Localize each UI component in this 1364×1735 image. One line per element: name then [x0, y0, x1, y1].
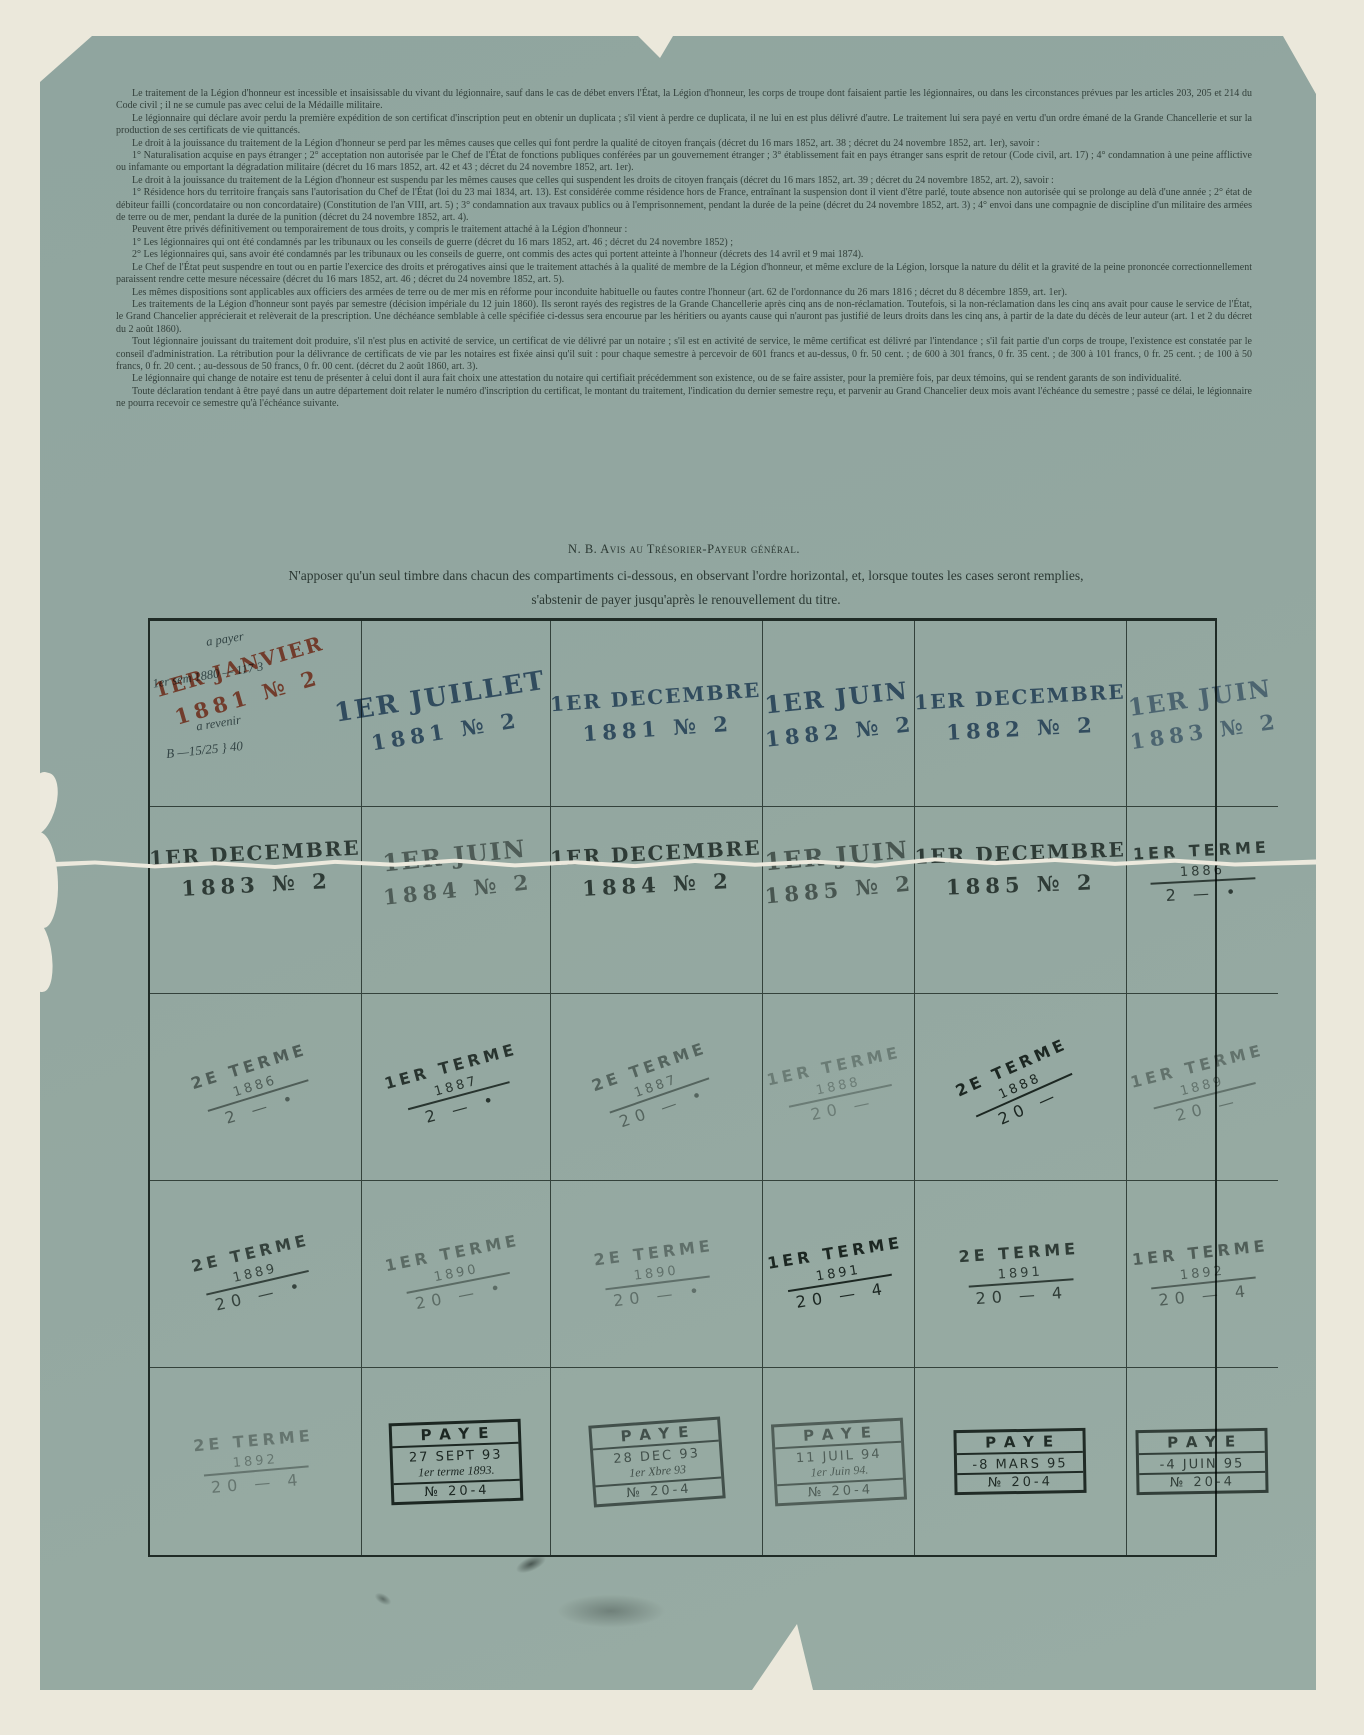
- terme-stamp: 2E TERME 1889 20 — •: [190, 1230, 322, 1318]
- date-stamp: 1ER JUILLET 1881 № 2: [333, 666, 554, 761]
- stamp-line: PAYE: [1139, 1431, 1265, 1455]
- ink-smudge: [368, 1586, 398, 1611]
- stamp-cell: 2E TERME 1889 20 — •: [150, 1181, 362, 1368]
- stamp-cell: 1ER DECEMBRE 1882 № 2: [915, 620, 1127, 807]
- date-stamp: 1ER DECEMBRE 1881 № 2: [549, 678, 764, 749]
- stamp-line: -8 MARS 95: [957, 1453, 1083, 1473]
- paragraph: Le traitement de la Légion d'honneur est…: [116, 88, 1252, 113]
- stamp-line: 1882 № 2: [915, 710, 1127, 746]
- stamp-cell: a payer 1er sem 1880 — 117 3 a revenir B…: [150, 620, 362, 807]
- paragraph: 1° Les légionnaires qui ont été condamné…: [116, 237, 1252, 249]
- terme-stamp: 2E TERME 1891 20 — 4: [958, 1239, 1083, 1309]
- paye-stamp: PAYE 28 DEC 93 1er Xbre 93 № 20-4: [588, 1416, 725, 1507]
- stamp-line: 1ER DECEMBRE: [913, 680, 1125, 715]
- terme-stamp: 1ER TERME 1888 20 —: [765, 1042, 912, 1131]
- stamp-cell: 1ER DECEMBRE 1884 № 2: [551, 807, 763, 994]
- stamp-cell: PAYE 28 DEC 93 1er Xbre 93 № 20-4: [551, 1368, 763, 1555]
- paper-edge-tear: [19, 769, 64, 838]
- stamp-line: 27 SEPT 93: [393, 1443, 520, 1465]
- paragraph: 1° Résidence hors du territoire français…: [116, 187, 1252, 224]
- terme-stamp: 1ER TERME 1890 20 — •: [383, 1231, 529, 1318]
- stamp-line: PAYE: [957, 1431, 1083, 1455]
- paye-stamp: PAYE 11 JUIL 94 1er Juin 94. № 20-4: [770, 1417, 906, 1506]
- document-sheet: Le traitement de la Légion d'honneur est…: [40, 36, 1316, 1690]
- paragraph: Le Chef de l'État peut suspendre en tout…: [116, 262, 1252, 287]
- date-stamp: 1ER JUIN 1885 № 2: [761, 835, 916, 909]
- stamp-line: 1ER TERME: [1132, 837, 1270, 863]
- paragraph: 2° Les légionnaires qui, sans avoir été …: [116, 249, 1252, 261]
- paragraph: Les traitements de la Légion d'honneur s…: [116, 299, 1252, 336]
- stamp-line: 1884 № 2: [551, 866, 763, 902]
- stamp-line: 1885 № 2: [764, 870, 916, 908]
- stamp-cell: 1ER JUIN 1883 № 2: [1127, 620, 1278, 807]
- stamping-instruction-line1: N'apposer qu'un seul timbre dans chacun …: [96, 568, 1276, 584]
- stamp-cell: 1ER TERME 1889 20 —: [1127, 994, 1278, 1181]
- stamp-cell: 1ER JUILLET 1881 № 2: [362, 620, 550, 807]
- terme-stamp: 2E TERME 1892 20 — 4: [193, 1425, 319, 1497]
- terme-stamp: 2E TERME 1886 2 — •: [189, 1040, 323, 1135]
- stamp-cell: 1ER TERME 1891 20 — 4: [763, 1181, 915, 1368]
- paragraph: Le légionnaire qui déclare avoir perdu l…: [116, 113, 1252, 138]
- date-stamp: 1ER JUIN 1884 № 2: [378, 833, 534, 909]
- paragraph: Les mêmes dispositions sont applicables …: [116, 287, 1252, 299]
- paragraph: Le légionnaire qui change de notaire est…: [116, 373, 1252, 385]
- paper-edge-tear: [20, 918, 58, 993]
- stamp-line: 1883 № 2: [150, 866, 362, 902]
- stamp-cell: 1ER DECEMBRE 1885 № 2: [915, 807, 1127, 994]
- paye-stamp: PAYE -8 MARS 95 № 20-4: [954, 1428, 1087, 1495]
- terme-stamp: 2E TERME 1887 20 — •: [589, 1038, 723, 1136]
- stamp-cell: 2E TERME 1891 20 — 4: [915, 1181, 1127, 1368]
- stamp-line: 1881 № 2: [551, 709, 764, 749]
- stamp-cell: PAYE 11 JUIL 94 1er Juin 94. № 20-4: [763, 1368, 915, 1555]
- terme-stamp: 1ER TERME 1891 20 — 4: [766, 1233, 911, 1316]
- stamp-cell: 2E TERME 1887 20 — •: [551, 994, 763, 1181]
- ink-smudge: [536, 1588, 686, 1634]
- paye-stamp: PAYE 27 SEPT 93 1er terme 1893. № 20-4: [389, 1418, 524, 1505]
- stamp-cell: 1ER JUIN 1884 № 2: [362, 807, 550, 994]
- nb-notice: N. B. Avis au Trésorier-Payeur général.: [116, 542, 1252, 557]
- paragraph: Peuvent être privés définitivement ou te…: [116, 224, 1252, 236]
- stamp-cell: 1ER DECEMBRE 1881 № 2: [551, 620, 763, 807]
- scanned-document-page: Le traitement de la Légion d'honneur est…: [0, 0, 1364, 1735]
- stamp-cell: 2E TERME 1890 20 — •: [551, 1181, 763, 1368]
- paragraph: Toute déclaration tendant à être payé da…: [116, 386, 1252, 411]
- handwritten-note: B —15/25 } 40: [165, 738, 243, 762]
- paragraph: Le droit à la jouissance du traitement d…: [116, 175, 1252, 187]
- stamp-grid: a payer 1er sem 1880 — 117 3 a revenir B…: [148, 618, 1217, 1557]
- stamp-cell: 2E TERME 1888 20 —: [915, 994, 1127, 1181]
- date-stamp: 1ER JANVIER 1881 № 2: [152, 631, 335, 733]
- regulations-text: Le traitement de la Légion d'honneur est…: [116, 88, 1252, 411]
- terme-stamp: 2E TERME 1888 20 —: [953, 1034, 1088, 1140]
- handwritten-note: a payer: [205, 629, 245, 650]
- date-stamp: 1ER JUIN 1883 № 2: [1124, 672, 1282, 753]
- stamp-line: -4 JUIN 95: [1139, 1453, 1265, 1473]
- date-stamp: 1ER DECEMBRE 1884 № 2: [550, 836, 764, 903]
- paragraph: 1° Naturalisation acquise en pays étrang…: [116, 150, 1252, 175]
- stamping-instruction-line2: s'abstenir de payer jusqu'après le renou…: [96, 592, 1276, 608]
- stamp-cell: 1ER TERME 1887 2 — •: [362, 994, 550, 1181]
- stamp-cell: 1ER TERME 1886 2 — •: [1127, 807, 1278, 994]
- stamp-line: № 20-4: [958, 1471, 1084, 1492]
- stamp-cell: 2E TERME 1892 20 — 4: [150, 1368, 362, 1555]
- stamp-line: № 20-4: [394, 1478, 521, 1501]
- terme-stamp: 1ER TERME 1887 2 — •: [382, 1039, 530, 1134]
- stamp-cell: 1ER JUIN 1882 № 2: [763, 620, 915, 807]
- date-stamp: 1ER DECEMBRE 1882 № 2: [913, 680, 1127, 747]
- terme-stamp: 1ER TERME 1889 20 —: [1128, 1040, 1276, 1133]
- terme-stamp: 1ER TERME 1886 2 — •: [1132, 837, 1272, 906]
- paragraph: Tout légionnaire jouissant du traitement…: [116, 336, 1252, 373]
- stamp-cell: 1ER DECEMBRE 1883 № 2: [150, 807, 362, 994]
- stamp-cell: PAYE -8 MARS 95 № 20-4: [915, 1368, 1127, 1555]
- terme-stamp: 2E TERME 1890 20 — •: [593, 1236, 720, 1312]
- stamp-cell: PAYE -4 JUIN 95 № 20-4: [1127, 1368, 1278, 1555]
- date-stamp: 1ER JUIN 1882 № 2: [760, 675, 916, 751]
- stamp-line: 1885 № 2: [915, 868, 1127, 900]
- paragraph: Le droit à la jouissance du traitement d…: [116, 138, 1252, 150]
- date-stamp: 1ER DECEMBRE 1885 № 2: [914, 837, 1127, 900]
- terme-stamp: 1ER TERME 1892 20 — 4: [1131, 1236, 1274, 1312]
- stamp-cell: 2E TERME 1886 2 — •: [150, 994, 362, 1181]
- stamp-line: № 20-4: [1140, 1471, 1266, 1492]
- stamp-cell: PAYE 27 SEPT 93 1er terme 1893. № 20-4: [362, 1368, 550, 1555]
- date-stamp: 1ER DECEMBRE 1883 № 2: [149, 836, 363, 903]
- stamp-cell: 1ER JUIN 1885 № 2: [763, 807, 915, 994]
- stamp-cell: 1ER TERME 1890 20 — •: [362, 1181, 550, 1368]
- stamp-cell: 1ER TERME 1888 20 —: [763, 994, 915, 1181]
- stamp-cell: 1ER TERME 1892 20 — 4: [1127, 1181, 1278, 1368]
- paye-stamp: PAYE -4 JUIN 95 № 20-4: [1136, 1428, 1269, 1495]
- paper-edge-tear: [24, 832, 58, 928]
- stamp-line: 1ER JUIN: [761, 835, 913, 877]
